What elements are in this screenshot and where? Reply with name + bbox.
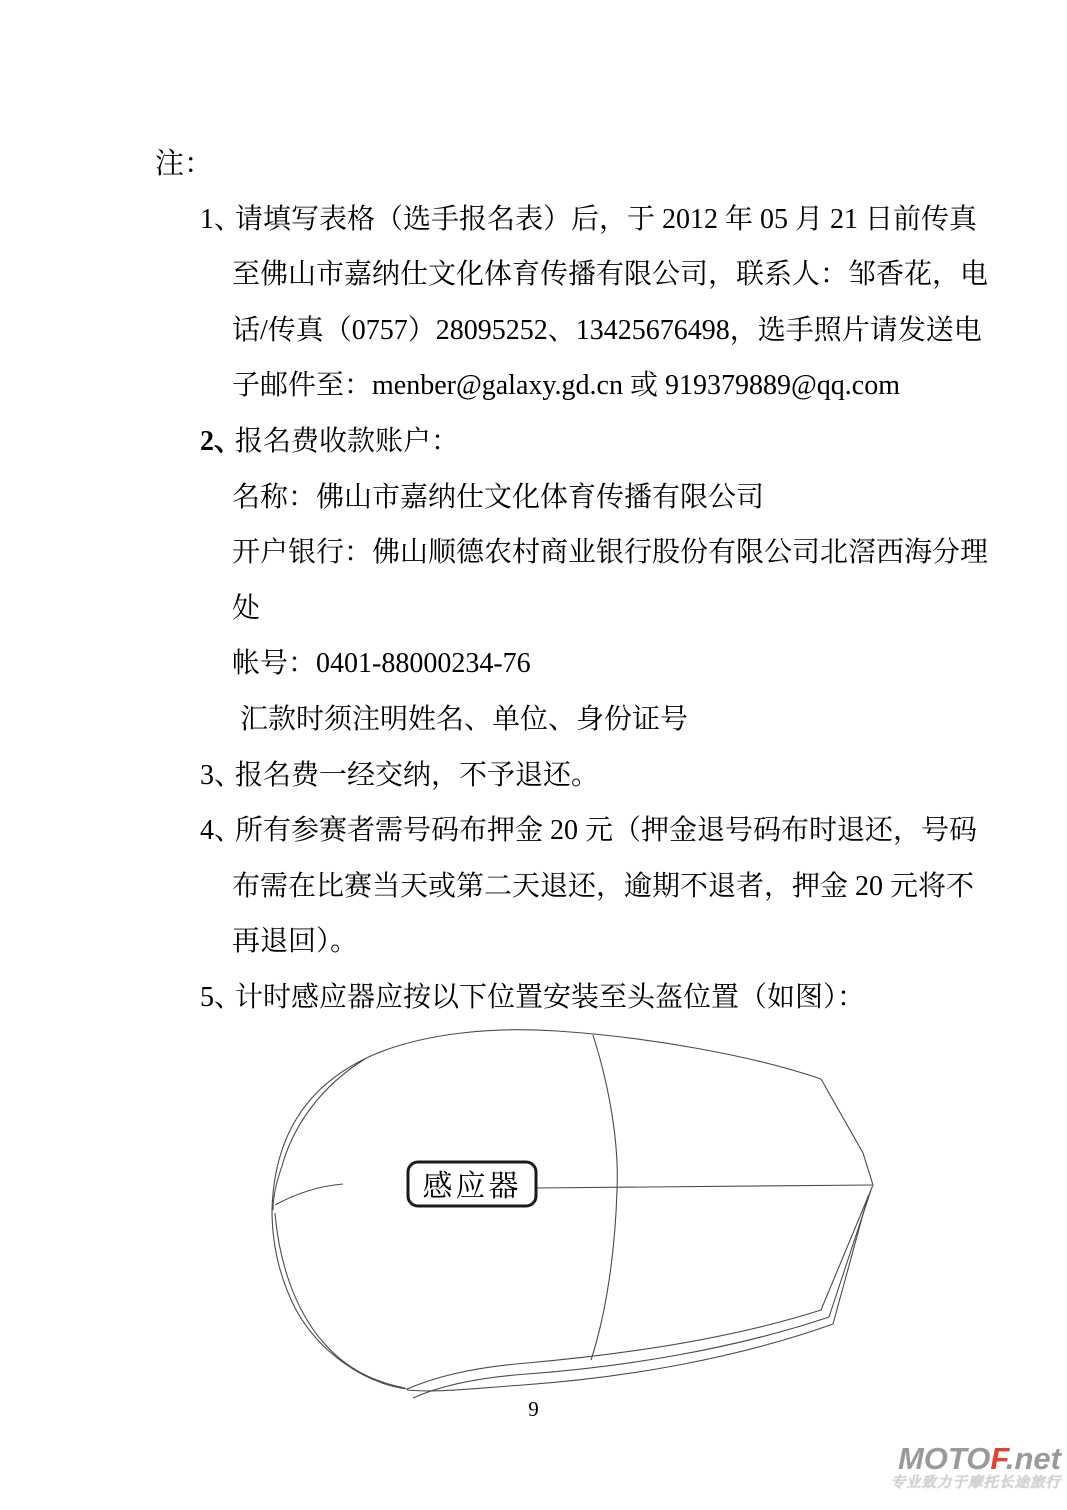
item-1-line-2: 至佛山市嘉纳仕文化体育传播有限公司，联系人：邹香花，电 — [0, 257, 1067, 313]
item-3-text-1: 报名费一经交纳，不予退还。 — [0, 758, 1067, 794]
helmet-back-trim-1 — [413, 1190, 871, 1398]
item-1-line-4: 子邮件至：menber@galaxy.gd.cn 或 919379889@qq.… — [0, 368, 1067, 424]
item-5-number: 5、 — [200, 980, 242, 1016]
item-1-line-1: 1、 请填写表格（选手报名表）后，于 2012 年 05 月 21 日前传真 — [0, 202, 1067, 258]
watermark: MOTOF.net 专业致力于摩托长途旅行 — [831, 1443, 1061, 1491]
item-2-line-1: 2、 报名费收款账户： — [0, 424, 1067, 480]
item-4-line-1: 4、 所有参赛者需号码布押金 20 元（押金退号码布时退还，号码 — [0, 813, 1067, 869]
sensor-label-text: 感应器 — [423, 1170, 522, 1203]
helmet-outline-group — [272, 1030, 873, 1398]
item-2-line-5: 帐号：0401-88000234-76 — [0, 646, 1067, 702]
watermark-slogan: 专业致力于摩托长途旅行 — [831, 1476, 1061, 1491]
item-5-text-1: 计时感应器应按以下位置安装至头盔位置（如图）： — [0, 980, 1067, 1016]
item-4-line-3: 再退回）。 — [0, 924, 1067, 980]
helmet-vertical-seam — [591, 1035, 617, 1360]
note-header: 注： — [0, 146, 1067, 202]
account-name-line: 名称：佛山市嘉纳仕文化体育传播有限公司 — [232, 482, 764, 513]
item-1-text-4: 子邮件至：menber@galaxy.gd.cn 或 919379889@qq.… — [232, 370, 900, 401]
watermark-logo-moto: MOTO — [898, 1441, 990, 1476]
item-1-text-2: 至佛山市嘉纳仕文化体育传播有限公司，联系人：邹香花，电 — [232, 259, 988, 290]
item-4-line-2: 布需在比赛当天或第二天退还，逾期不退者，押金 20 元将不 — [0, 869, 1067, 925]
item-4-text-2: 布需在比赛当天或第二天退还，逾期不退者，押金 20 元将不 — [232, 871, 974, 902]
helmet-diagram: 感应器 — [255, 1022, 895, 1407]
sensor-label-group: 感应器 — [408, 1162, 536, 1206]
item-3-number: 3、 — [200, 758, 242, 794]
watermark-logo-net: .net — [1006, 1441, 1061, 1476]
document-page: 注： 1、 请填写表格（选手报名表）后，于 2012 年 05 月 21 日前传… — [0, 0, 1067, 1510]
item-1-text-3: 话/传真（0757）28095252、13425676498，选手照片请发送电 — [232, 315, 982, 346]
helmet-chin-seam — [275, 1184, 343, 1205]
watermark-logo: MOTOF.net — [831, 1443, 1061, 1475]
item-1-line-3: 话/传真（0757）28095252、13425676498，选手照片请发送电 — [0, 313, 1067, 369]
bank-line: 开户银行：佛山顺德农村商业银行股份有限公司北滘西海分理 — [232, 537, 988, 568]
item-2-line-2: 名称：佛山市嘉纳仕文化体育传播有限公司 — [0, 480, 1067, 536]
watermark-logo-f: F — [990, 1441, 1006, 1476]
helmet-outer-shell — [272, 1030, 873, 1389]
remit-note-line: 汇款时须注明姓名、单位、身份证号 — [240, 704, 688, 735]
item-2-line-6: 汇款时须注明姓名、单位、身份证号 — [0, 702, 1067, 758]
bank-line-cont: 处 — [232, 593, 260, 624]
item-4-text-1: 所有参赛者需号码布押金 20 元（押金退号码布时退还，号码 — [0, 813, 1067, 849]
item-3-line-1: 3、 报名费一经交纳，不予退还。 — [0, 758, 1067, 814]
item-4-number: 4、 — [200, 813, 242, 849]
item-2-line-4: 处 — [0, 591, 1067, 647]
item-1-text-1: 请填写表格（选手报名表）后，于 2012 年 05 月 21 日前传真 — [0, 202, 1067, 238]
sensor-leader-line — [536, 1185, 872, 1188]
item-2-line-3: 开户银行：佛山顺德农村商业银行股份有限公司北滘西海分理 — [0, 535, 1067, 591]
item-1-number: 1、 — [200, 202, 242, 238]
item-2-text-1: 报名费收款账户： — [0, 424, 1067, 460]
account-number-line: 帐号：0401-88000234-76 — [232, 648, 531, 679]
item-2-number: 2、 — [200, 424, 242, 460]
helmet-front-rim-lower — [275, 1213, 405, 1388]
item-4-text-3: 再退回）。 — [232, 926, 358, 957]
note-header-label: 注： — [155, 148, 213, 180]
notes-section: 注： 1、 请填写表格（选手报名表）后，于 2012 年 05 月 21 日前传… — [0, 146, 1067, 1036]
page-number: 9 — [0, 1397, 1067, 1422]
